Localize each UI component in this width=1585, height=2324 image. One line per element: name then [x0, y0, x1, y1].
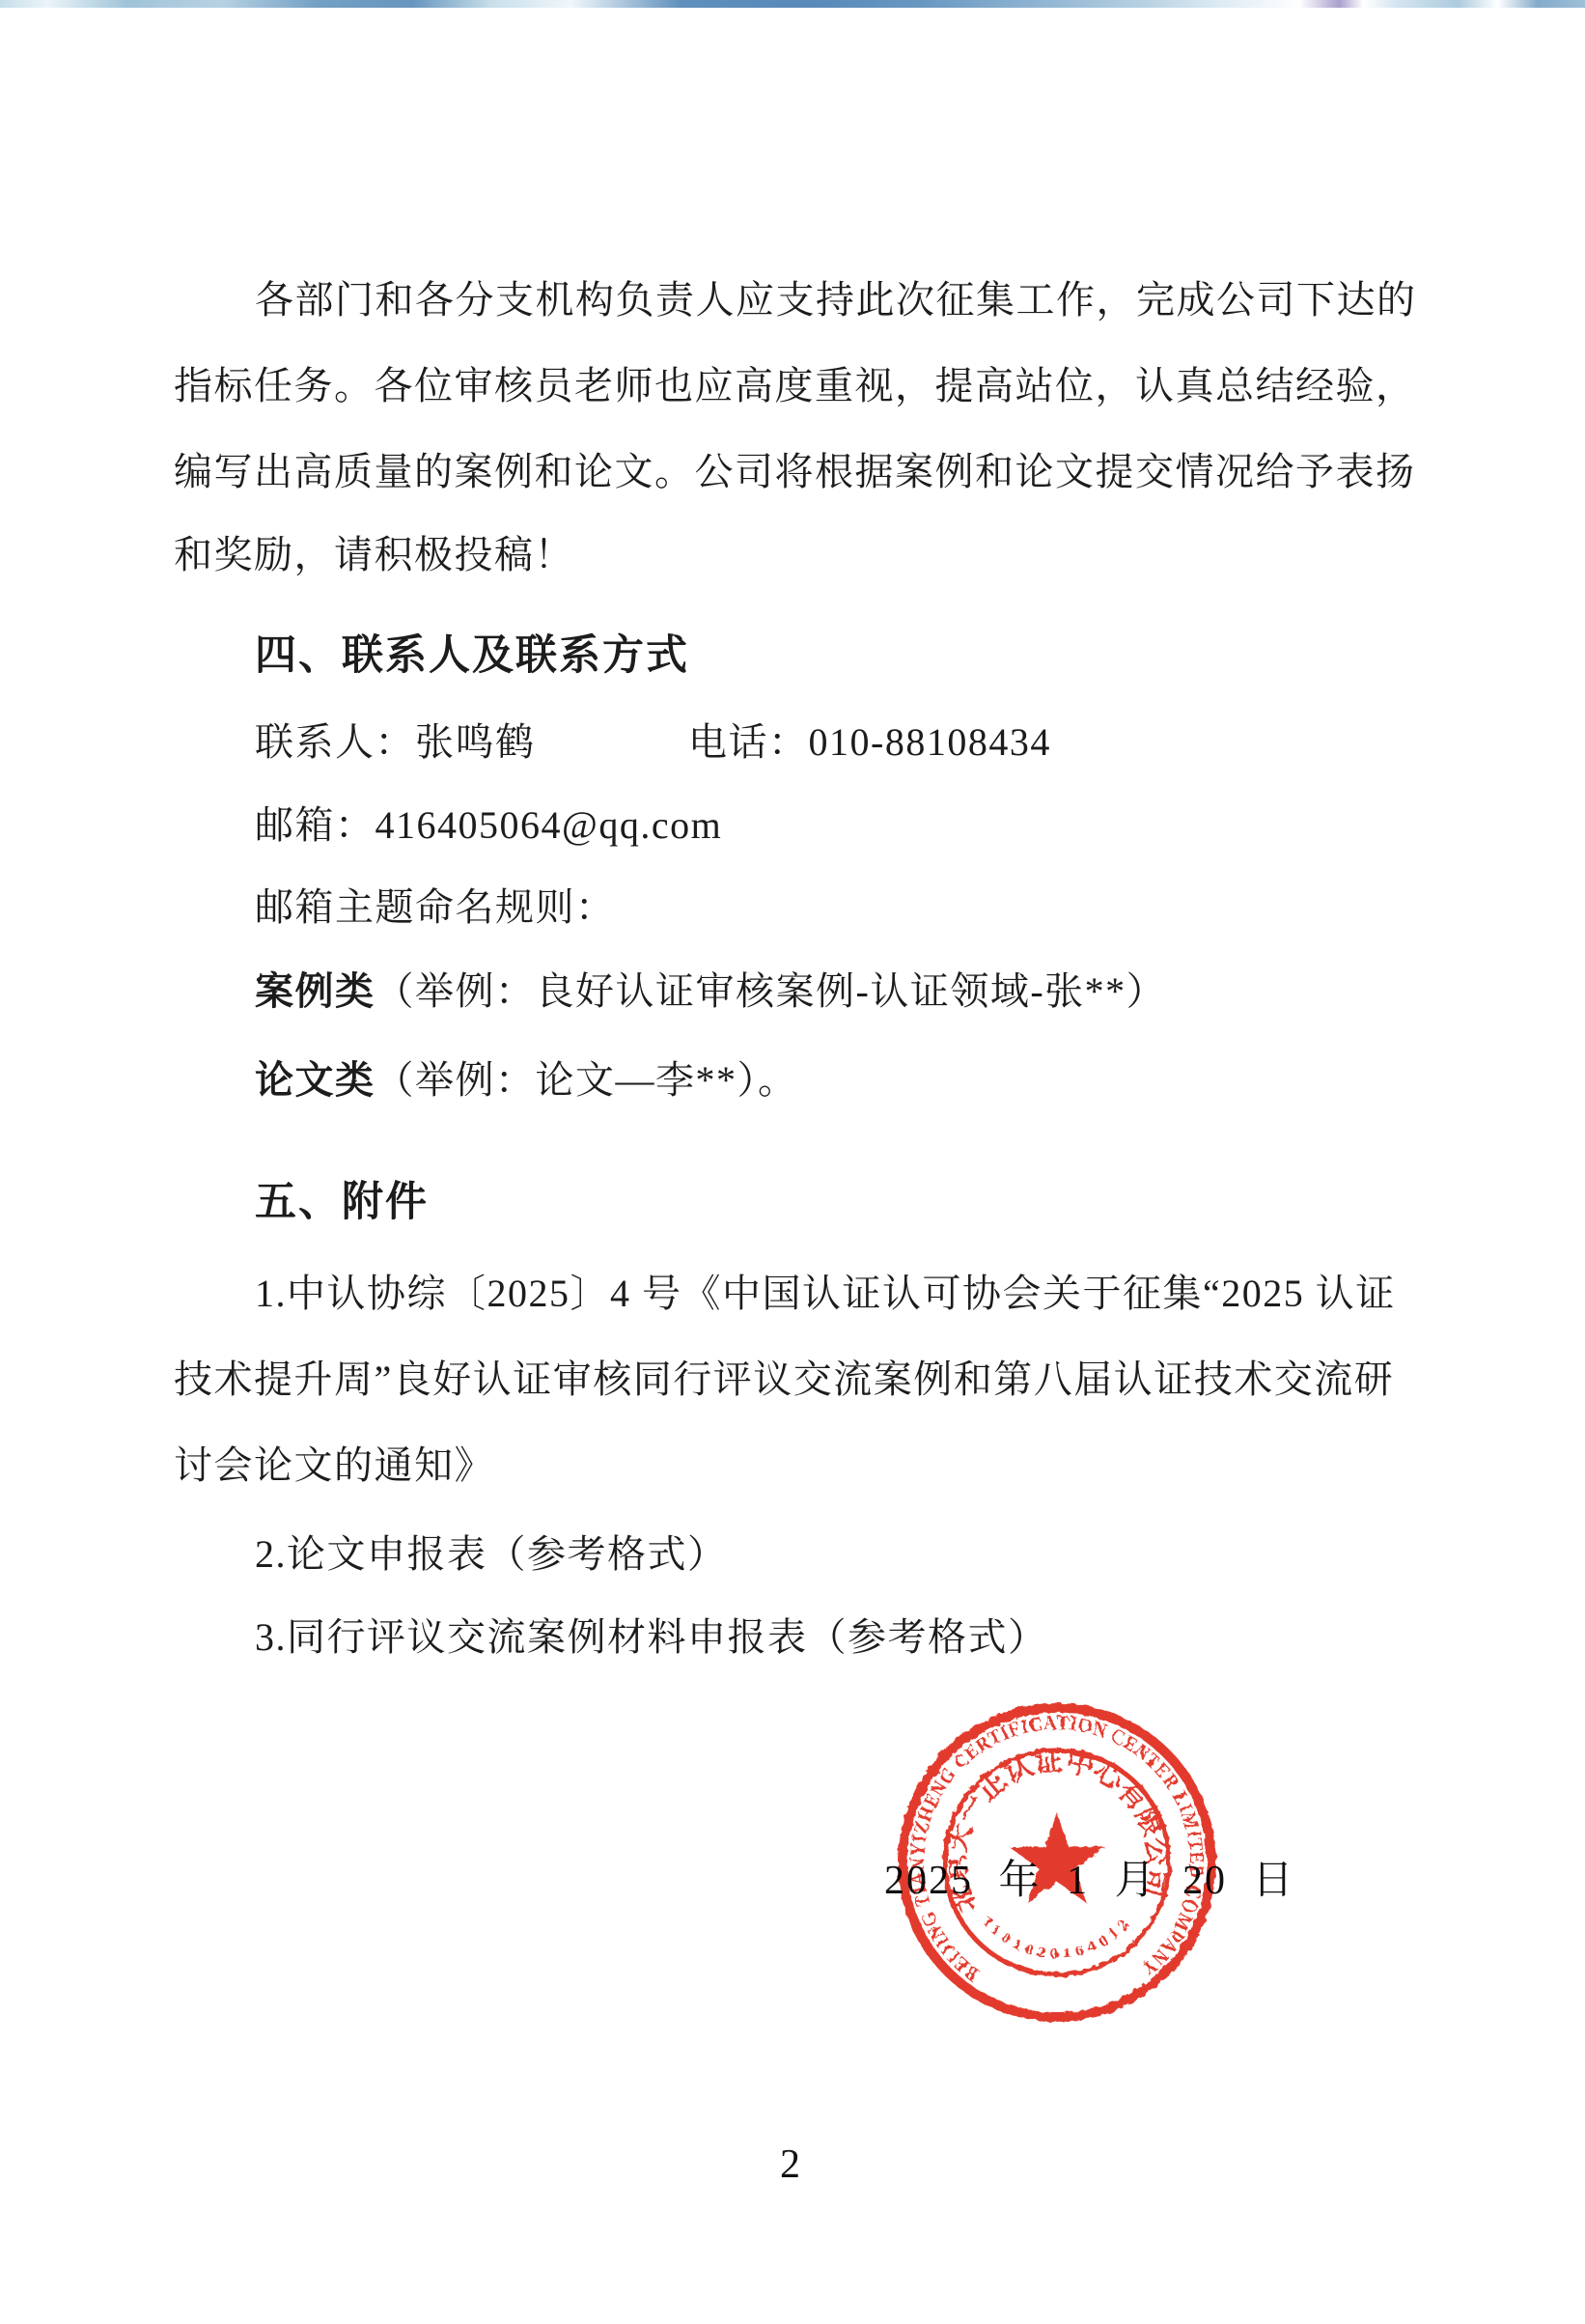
page-number: 2 — [780, 2142, 800, 2188]
svg-text:1101020164012: 1101020164012 — [979, 1914, 1136, 1962]
attachment-item-line: 2.论文申报表（参考格式） — [255, 1531, 728, 1578]
attachment-item-line: 1.中认协综〔2025〕4 号《中国认证认可协会关于征集“2025 认证 — [255, 1271, 1396, 1317]
paragraph-line: 编写出高质量的案例和论文。公司将根据案例和论文提交情况给予表扬 — [174, 449, 1416, 495]
official-seal: BEIJING TIANYIZHENG CERTIFICATION CENTER… — [891, 1696, 1223, 2029]
paragraph-line: 和奖励，请积极投稿！ — [174, 532, 574, 578]
paragraph-line: 各部门和各分支机构负责人应支持此次征集工作，完成公司下达的 — [255, 277, 1417, 323]
case-type-line: 案例类（举例：良好认证审核案例-认证领域-张**） — [255, 968, 1166, 1015]
paper-type-example: （举例：论文—李**）。 — [375, 1058, 798, 1102]
subject-rule-title: 邮箱主题命名规则： — [255, 884, 616, 931]
document-page: 各部门和各分支机构负责人应支持此次征集工作，完成公司下达的 指标任务。各位审核员… — [0, 0, 1585, 2324]
attachment-item-line: 技术提升周”良好认证审核同行评议交流案例和第八届认证技术交流研 — [174, 1357, 1394, 1403]
section-heading-contact: 四、联系人及联系方式 — [255, 632, 689, 679]
seal-code-text: 1101020164012 — [979, 1914, 1136, 1962]
contact-person: 联系人：张鸣鹤 — [255, 719, 536, 766]
case-type-example: （举例：良好认证审核案例-认证领域-张**） — [375, 969, 1167, 1013]
paper-type-line: 论文类（举例：论文—李**）。 — [255, 1057, 798, 1104]
paper-type-label: 论文类 — [255, 1058, 375, 1102]
section-heading-attachments: 五、附件 — [255, 1179, 429, 1225]
case-type-label: 案例类 — [255, 969, 375, 1013]
paragraph-line: 指标任务。各位审核员老师也应高度重视，提高站位，认真总结经验， — [174, 363, 1416, 409]
scan-artifact-strip — [0, 0, 1585, 8]
contact-phone: 电话：010-88108434 — [688, 719, 1051, 766]
contact-email: 邮箱：416405064@qq.com — [255, 802, 722, 849]
attachment-item-line: 讨会论文的通知》 — [174, 1442, 494, 1489]
attachment-item-line: 3.同行评议交流案例材料申报表（参考格式） — [255, 1614, 1048, 1661]
seal-star-icon — [1010, 1812, 1105, 1903]
